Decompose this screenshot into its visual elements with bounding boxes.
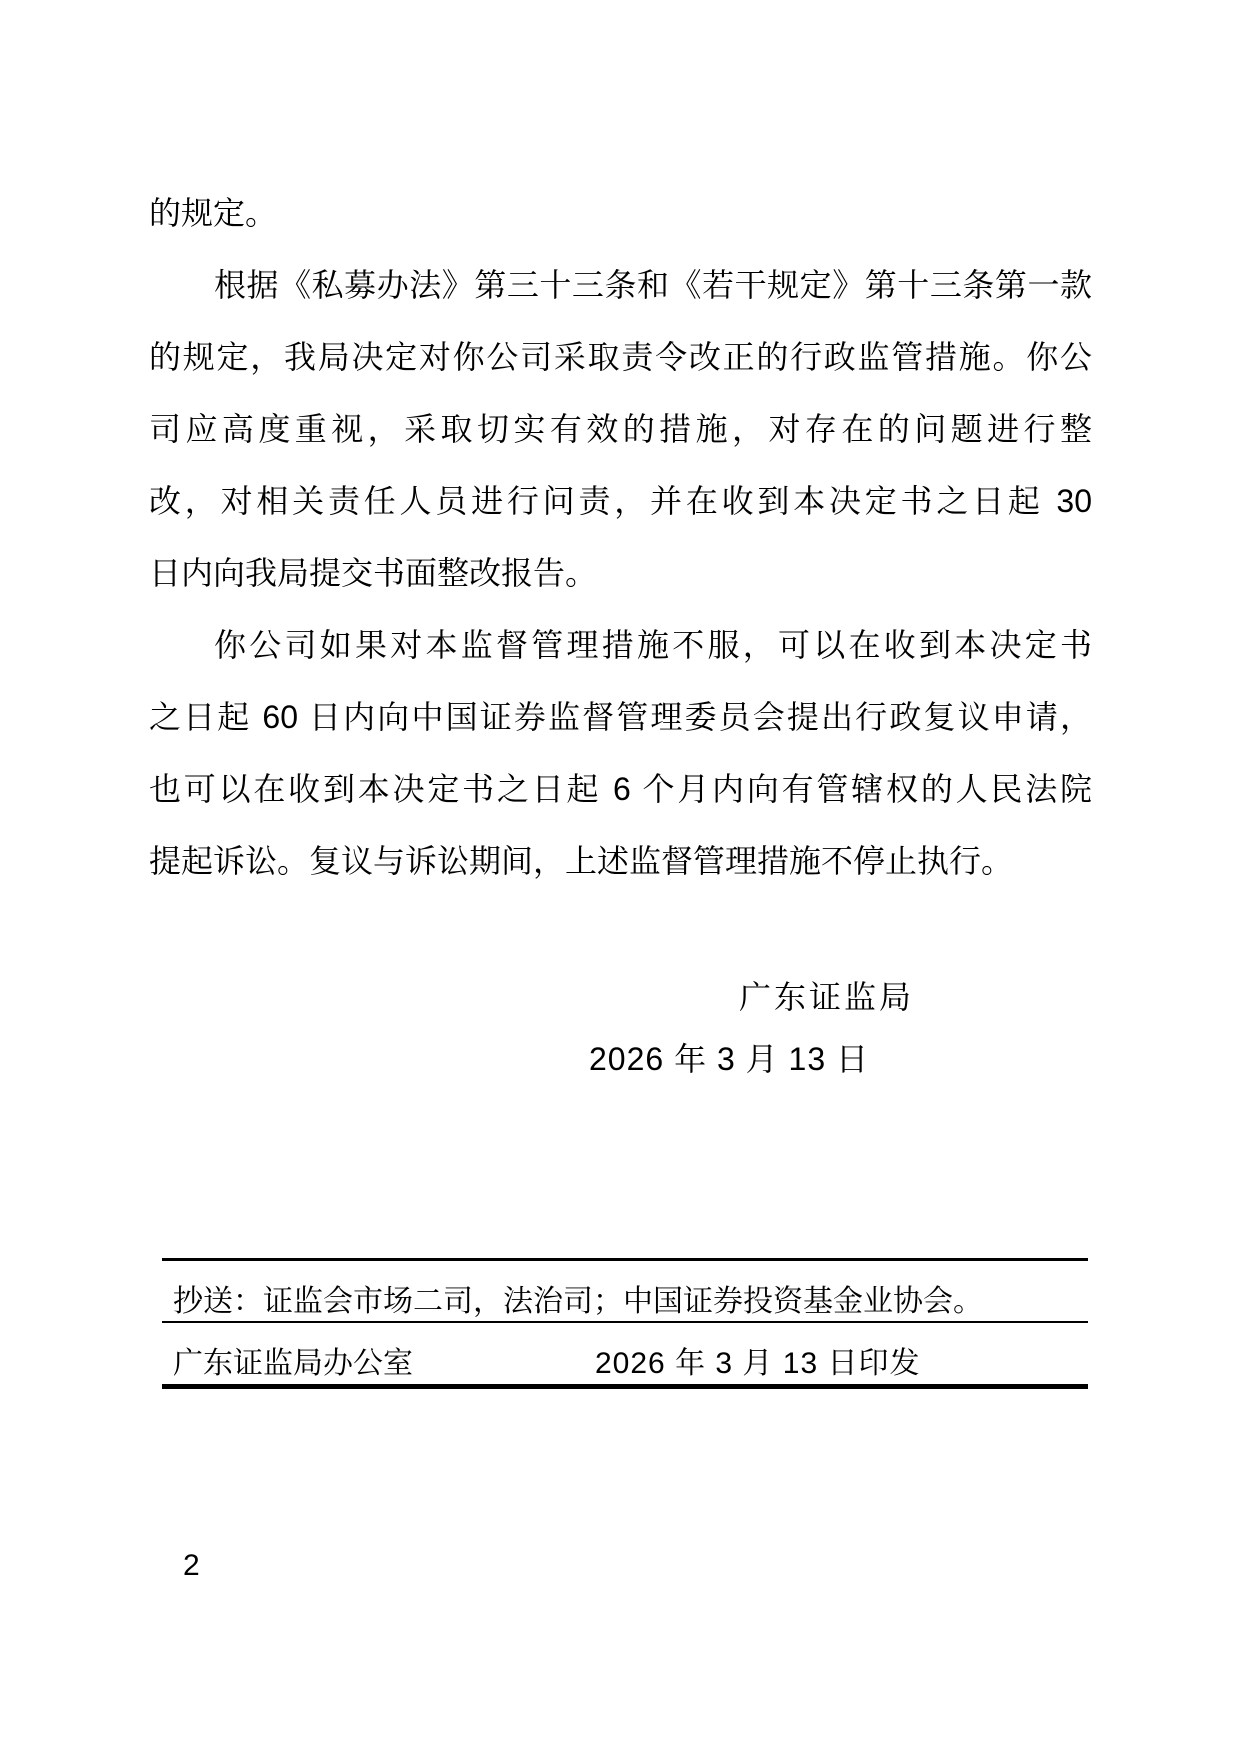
body-line: 根据《私募办法》第三十三条和《若干规定》第十三条第一款	[149, 249, 1092, 321]
signature-authority: 广东证监局	[739, 972, 914, 1018]
footer-rule-middle	[162, 1321, 1088, 1323]
body-line: 你公司如果对本监督管理措施不服，可以在收到本决定书	[149, 609, 1092, 681]
footer-issue-date: 2026 年 3 月 13 日印发	[595, 1338, 920, 1382]
footer-cc-line: 抄送：证监会市场二司，法治司；中国证券投资基金业协会。	[173, 1276, 983, 1320]
signature-date: 2026 年 3 月 13 日	[589, 1034, 869, 1080]
body-line: 提起诉讼。复议与诉讼期间，上述监督管理措施不停止执行。	[149, 825, 1092, 897]
body-line: 改，对相关责任人员进行问责，并在收到本决定书之日起 30	[149, 465, 1092, 537]
body-line: 的规定。	[149, 177, 1092, 249]
document-page: 的规定。 根据《私募办法》第三十三条和《若干规定》第十三条第一款 的规定，我局决…	[0, 0, 1241, 1754]
footer-rule-bottom	[162, 1384, 1088, 1389]
body-line: 的规定，我局决定对你公司采取责令改正的行政监管措施。你公	[149, 321, 1092, 393]
page-number: 2	[183, 1549, 200, 1583]
footer-issuing-office: 广东证监局办公室	[173, 1338, 413, 1382]
body-line: 也可以在收到本决定书之日起 6 个月内向有管辖权的人民法院	[149, 753, 1092, 825]
body-line: 之日起 60 日内向中国证券监督管理委员会提出行政复议申请，	[149, 681, 1092, 753]
footer-rule-top	[162, 1258, 1088, 1261]
body-line: 日内向我局提交书面整改报告。	[149, 537, 1092, 609]
body-text: 的规定。 根据《私募办法》第三十三条和《若干规定》第十三条第一款 的规定，我局决…	[149, 177, 1092, 897]
body-line: 司应高度重视，采取切实有效的措施，对存在的问题进行整	[149, 393, 1092, 465]
